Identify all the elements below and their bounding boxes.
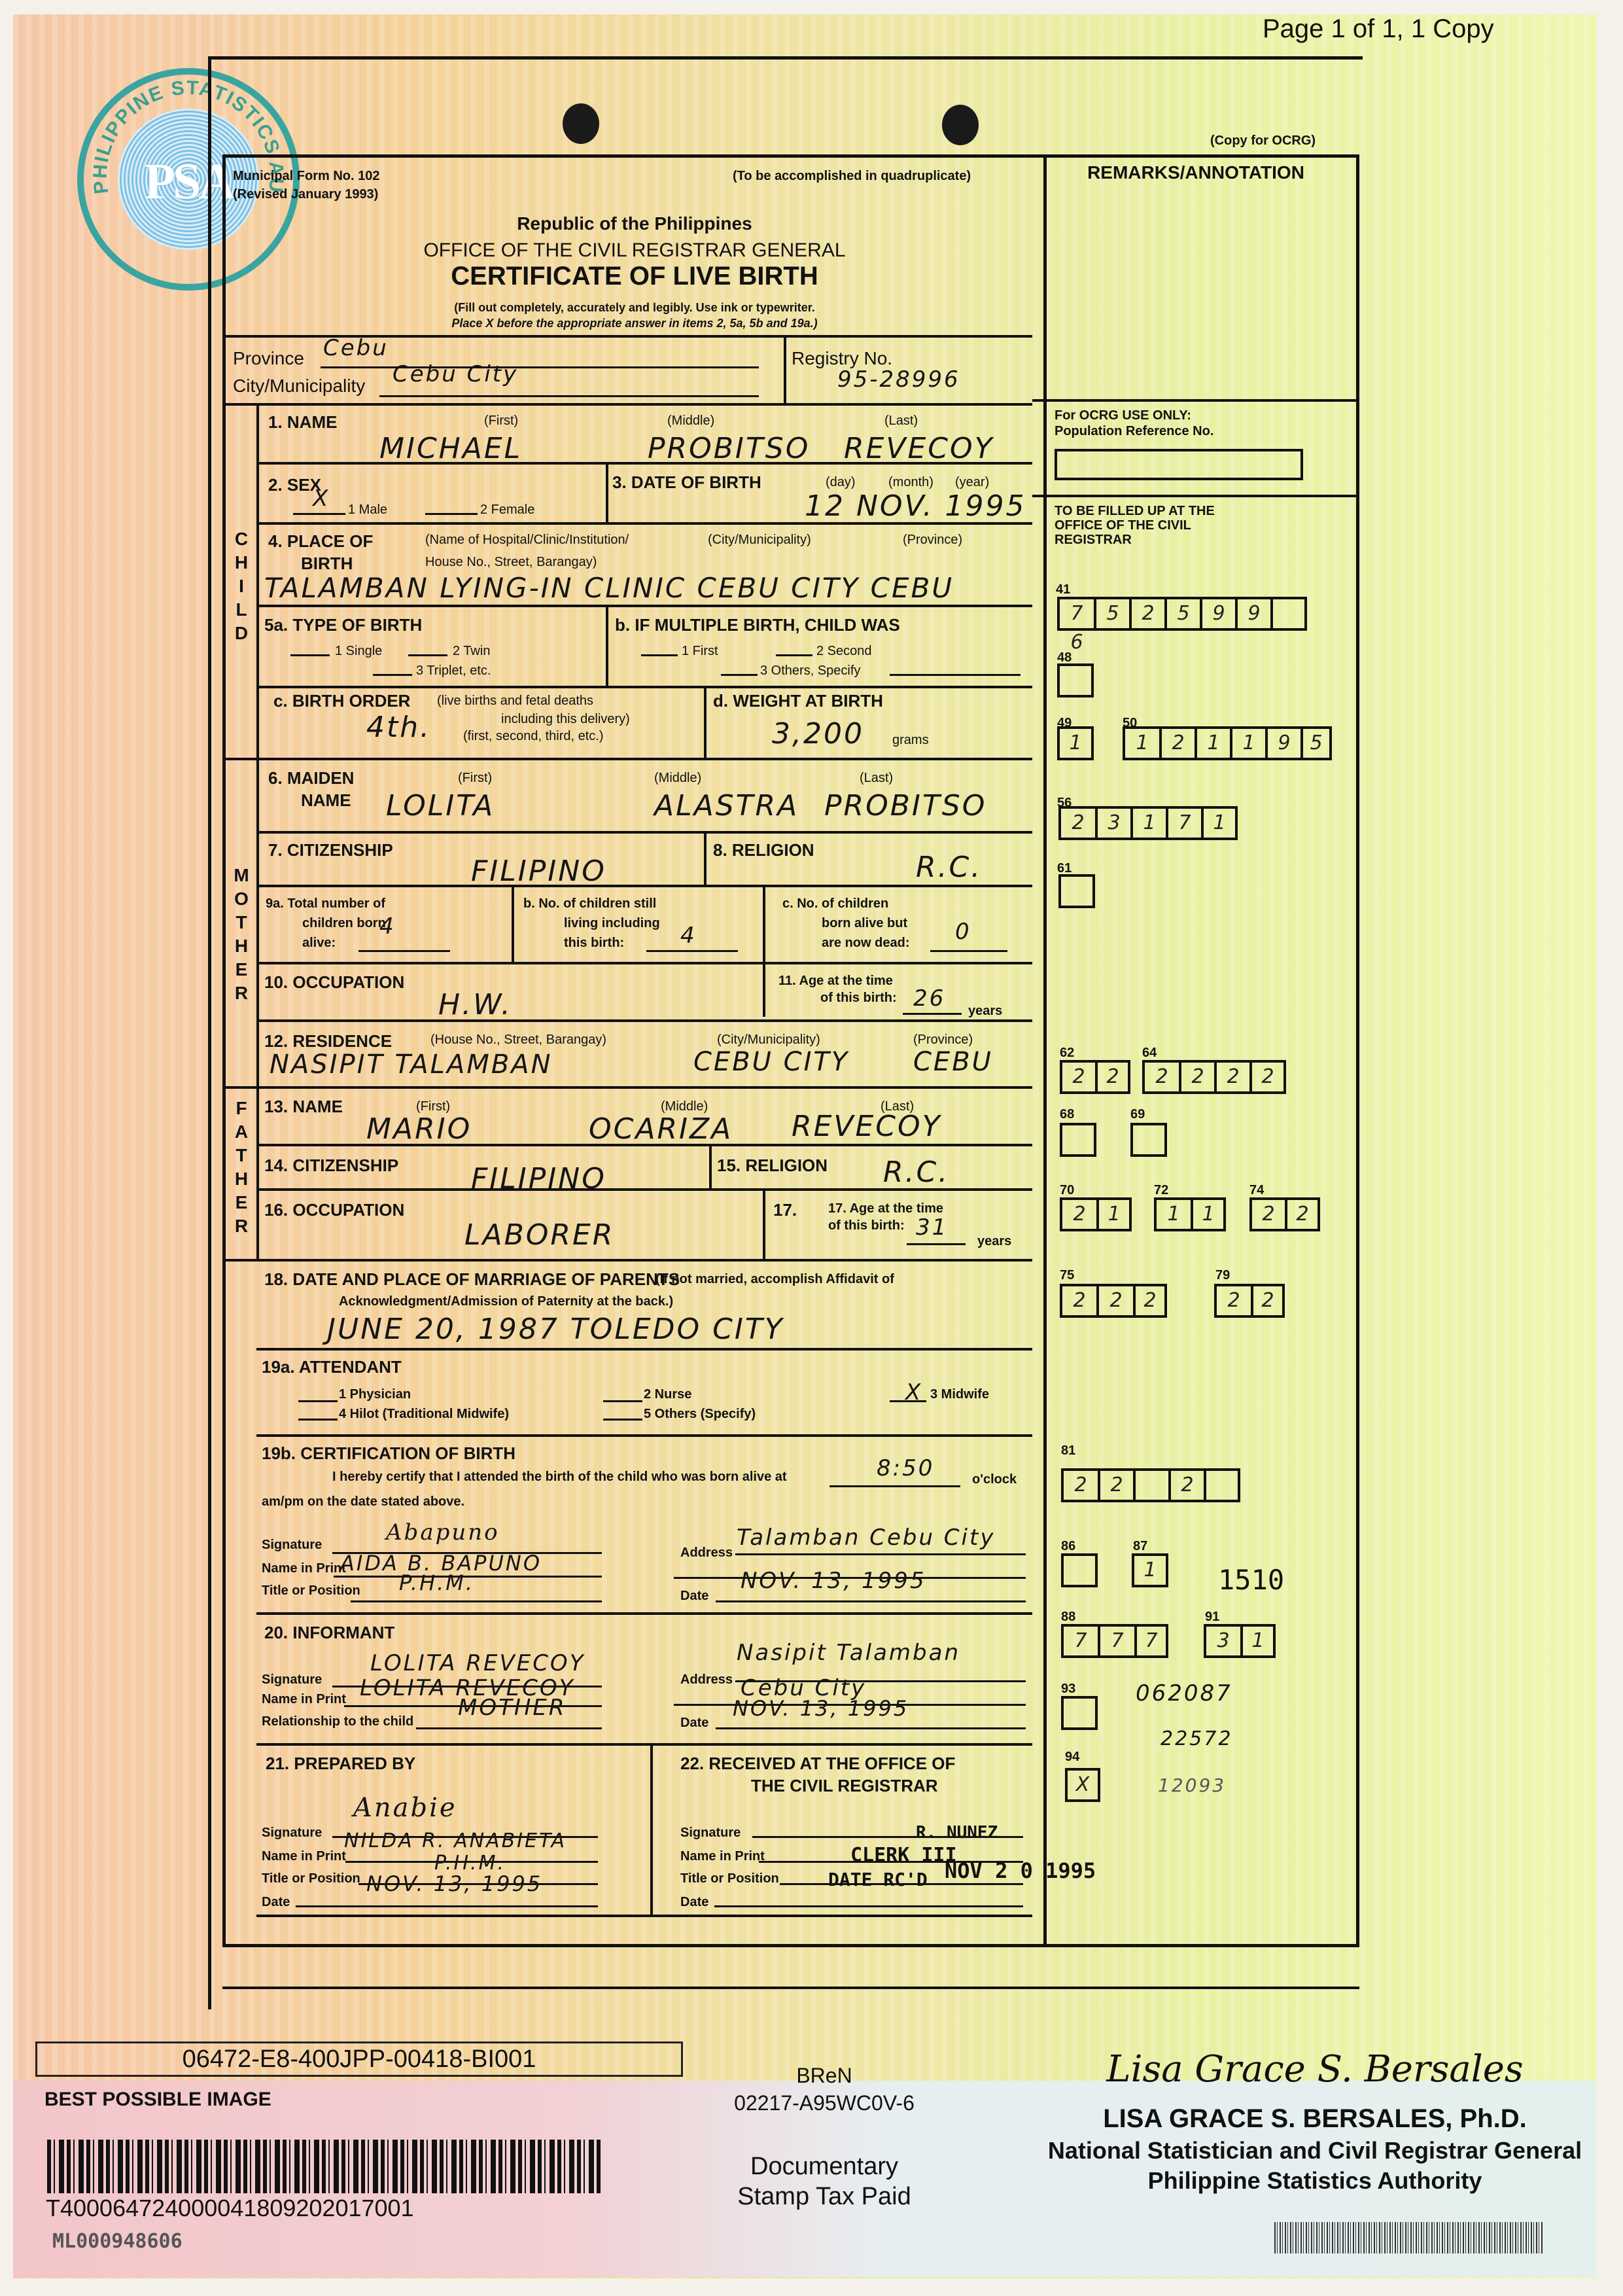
population-ref-input[interactable] bbox=[1055, 449, 1303, 480]
registry-number: 95-28996 bbox=[837, 366, 960, 393]
name-in-print-label: Name in Print bbox=[262, 1692, 346, 1707]
page-info: Page 1 of 1, 1 Copy bbox=[1263, 14, 1494, 44]
mother-section-label: MOTHER bbox=[232, 864, 251, 1005]
birth-order-label: c. BIRTH ORDER bbox=[273, 691, 410, 711]
certification-label: 19b. CERTIFICATION OF BIRTH bbox=[262, 1443, 515, 1464]
city-value: Cebu City bbox=[393, 361, 518, 387]
name-in-print-label: Name in Print bbox=[262, 1849, 346, 1864]
marriage-note-2: Acknowledgment/Admission of Paternity at… bbox=[339, 1294, 673, 1309]
type-single: 1 Single bbox=[335, 644, 382, 659]
registrar-name: LISA GRACE S. BERSALES, Ph.D. bbox=[1021, 2104, 1609, 2134]
dead-children-value: 0 bbox=[955, 919, 971, 945]
attendant-signature: Abapuno bbox=[386, 1519, 500, 1545]
typed-reference-number: 1510 bbox=[1218, 1564, 1284, 1596]
mother-religion-label: 8. RELIGION bbox=[713, 840, 814, 860]
code-61-box[interactable] bbox=[1058, 874, 1095, 908]
signature-label: Signature bbox=[262, 1672, 322, 1687]
father-first-name: MARIO bbox=[366, 1112, 472, 1146]
dead-children-label-2: born alive but bbox=[822, 916, 907, 931]
weight-value: 3,200 bbox=[772, 717, 864, 751]
bren-number: 02217-A95WC0V-6 bbox=[707, 2091, 942, 2115]
registrar-signature: Lisa Grace S. Bersales bbox=[1021, 2048, 1609, 2091]
code-56-boxes[interactable]: 23171 bbox=[1058, 806, 1238, 840]
prepared-by-label: 21. PREPARED BY bbox=[266, 1754, 415, 1774]
informant-address-1: Nasipit Talamban bbox=[737, 1640, 960, 1666]
code-41-label: 41 bbox=[1056, 582, 1070, 597]
code-86-label: 86 bbox=[1061, 1539, 1075, 1554]
code-91-boxes[interactable]: 31 bbox=[1204, 1624, 1276, 1658]
pob-sub-2: House No., Street, Barangay) bbox=[425, 555, 597, 570]
father-last-name: REVECOY bbox=[792, 1110, 942, 1143]
marriage-value: JUNE 20, 1987 TOLEDO CITY bbox=[327, 1313, 784, 1346]
multiple-birth-label: b. IF MULTIPLE BIRTH, CHILD WAS bbox=[615, 615, 900, 635]
date-label: Date bbox=[680, 1589, 708, 1604]
remarks-panel bbox=[1032, 154, 1359, 1947]
fill-up-label-2: OFFICE OF THE CIVIL bbox=[1055, 518, 1191, 533]
father-age-number: 17. bbox=[773, 1200, 797, 1220]
small-barcode-icon bbox=[1274, 2222, 1543, 2253]
form-number: Municipal Form No. 102 bbox=[233, 169, 379, 184]
mother-age-value: 26 bbox=[913, 985, 945, 1012]
code-62-label: 62 bbox=[1060, 1046, 1074, 1061]
birth-time-value: 8:50 bbox=[877, 1455, 934, 1481]
certification-text: I hereby certify that I attended the bir… bbox=[332, 1470, 787, 1485]
marriage-label: 18. DATE AND PLACE OF MARRIAGE OF PARENT… bbox=[264, 1269, 680, 1290]
mother-first-name: LOLITA bbox=[386, 789, 495, 822]
code-72-label: 72 bbox=[1154, 1183, 1168, 1198]
residence-city-value: CEBU CITY bbox=[693, 1047, 849, 1077]
code-86-box[interactable] bbox=[1061, 1553, 1098, 1587]
living-children-label: b. No. of children still bbox=[523, 896, 656, 911]
mother-last-name: PROBITSO bbox=[824, 789, 986, 822]
code-91-label: 91 bbox=[1205, 1610, 1219, 1625]
code-69-label: 69 bbox=[1130, 1107, 1145, 1122]
mother-religion-value: R.C. bbox=[916, 851, 982, 884]
instructions-line-2: Place X before the appropriate answer in… bbox=[222, 317, 1047, 330]
code-87-box[interactable]: 1 bbox=[1132, 1553, 1168, 1587]
middle-label: (Middle) bbox=[654, 771, 701, 786]
code-72-boxes[interactable]: 11 bbox=[1154, 1197, 1226, 1231]
registrar-org: Philippine Statistics Authority bbox=[1021, 2167, 1609, 2195]
name-in-print-label: Name in Print bbox=[680, 1849, 765, 1864]
copy-for-label: (Copy for OCRG) bbox=[1210, 133, 1316, 149]
bren-label: BReN bbox=[707, 2064, 942, 2088]
sex-female-option: 2 Female bbox=[480, 503, 534, 518]
mother-age-label-2: of this birth: bbox=[820, 991, 897, 1006]
stamp-tax-label-2: Stamp Tax Paid bbox=[707, 2183, 942, 2211]
father-occupation-label: 16. OCCUPATION bbox=[264, 1200, 404, 1220]
mother-middle-name: ALASTRA bbox=[654, 789, 799, 822]
attendant-nurse: 2 Nurse bbox=[644, 1387, 691, 1402]
code-74-boxes[interactable]: 22 bbox=[1249, 1197, 1320, 1231]
dob-value: 12 NOV. 1995 bbox=[805, 489, 1026, 523]
date-label: Date bbox=[262, 1895, 290, 1910]
residence-province-label: (Province) bbox=[913, 1033, 973, 1048]
mother-occupation-value: H.W. bbox=[438, 988, 512, 1021]
stamp-tax-label: Documentary bbox=[707, 2153, 942, 2181]
date-label: Date bbox=[680, 1716, 708, 1731]
code-75-label: 75 bbox=[1060, 1268, 1074, 1283]
residence-sub: (House No., Street, Barangay) bbox=[430, 1033, 606, 1048]
code-79-boxes[interactable]: 22 bbox=[1214, 1284, 1285, 1318]
fill-up-label-3: REGISTRAR bbox=[1055, 533, 1132, 548]
republic-heading: Republic of the Philippines bbox=[222, 213, 1047, 234]
code-64-boxes[interactable]: 2222 bbox=[1142, 1060, 1286, 1094]
code-49-box[interactable]: 1 bbox=[1057, 726, 1094, 760]
code-62-boxes[interactable]: 22 bbox=[1060, 1060, 1130, 1094]
province-value: Cebu bbox=[323, 335, 389, 361]
father-age-unit: years bbox=[977, 1234, 1011, 1249]
residence-street-value: NASIPIT TALAMBAN bbox=[270, 1050, 553, 1080]
handwritten-note-3: 12093 bbox=[1158, 1775, 1226, 1796]
last-label: (Last) bbox=[884, 414, 918, 429]
reference-number: 06472-E8-400JPP-00418-BI001 bbox=[35, 2041, 683, 2077]
code-70-boxes[interactable]: 21 bbox=[1060, 1197, 1132, 1231]
population-ref-label: Population Reference No. bbox=[1055, 424, 1213, 439]
total-children-label-2: children born bbox=[302, 916, 386, 931]
father-occupation-value: LABORER bbox=[464, 1218, 614, 1252]
pob-label-2: BIRTH bbox=[301, 554, 353, 574]
order-sub-2: including this delivery) bbox=[501, 712, 630, 727]
dob-day-label: (day) bbox=[826, 475, 856, 490]
code-81-label: 81 bbox=[1061, 1443, 1075, 1458]
code-64-label: 64 bbox=[1142, 1046, 1157, 1061]
living-children-label-3: this birth: bbox=[564, 936, 624, 951]
residence-label: 12. RESIDENCE bbox=[264, 1031, 392, 1051]
multiple-first: 1 First bbox=[682, 644, 718, 659]
code-69-box[interactable] bbox=[1130, 1123, 1167, 1157]
title-label: Title or Position bbox=[262, 1583, 360, 1598]
pob-value: TALAMBAN LYING-IN CLINIC CEBU CITY CEBU bbox=[264, 572, 954, 604]
code-87-label: 87 bbox=[1133, 1539, 1147, 1554]
preparer-date: NOV. 13, 1995 bbox=[366, 1871, 542, 1896]
code-88-label: 88 bbox=[1061, 1610, 1075, 1625]
order-sub-1: (live births and fetal deaths bbox=[437, 694, 593, 709]
province-label: Province bbox=[233, 348, 304, 369]
address-label: Address bbox=[680, 1545, 733, 1561]
dob-label: 3. DATE OF BIRTH bbox=[612, 472, 761, 493]
instructions-line-1: (Fill out completely, accurately and leg… bbox=[222, 301, 1047, 315]
father-age-value: 31 bbox=[916, 1214, 948, 1241]
informant-label: 20. INFORMANT bbox=[264, 1623, 394, 1643]
father-religion-value: R.C. bbox=[883, 1156, 949, 1189]
attendant-date: NOV. 13, 1995 bbox=[741, 1568, 926, 1594]
signature-label: Signature bbox=[262, 1826, 322, 1841]
mother-occupation-label: 10. OCCUPATION bbox=[264, 972, 404, 993]
weight-label: d. WEIGHT AT BIRTH bbox=[713, 691, 883, 711]
code-50-boxes[interactable]: 121195 bbox=[1123, 726, 1332, 760]
handwritten-note-1: 062087 bbox=[1136, 1680, 1232, 1706]
code-41-boxes[interactable]: 7525996 bbox=[1057, 597, 1307, 631]
birth-type-label: 5a. TYPE OF BIRTH bbox=[264, 615, 422, 635]
father-name-label: 13. NAME bbox=[264, 1097, 343, 1117]
dead-children-label: c. No. of children bbox=[782, 896, 888, 911]
signature-label: Signature bbox=[262, 1538, 322, 1553]
order-sub-3: (first, second, third, etc.) bbox=[463, 729, 604, 744]
dob-year-label: (year) bbox=[955, 475, 989, 490]
ampm-text: am/pm on the date stated above. bbox=[262, 1494, 464, 1510]
sex-male-option: 1 Male bbox=[348, 503, 387, 518]
code-68-label: 68 bbox=[1060, 1107, 1074, 1122]
type-triplet: 3 Triplet, etc. bbox=[416, 663, 491, 679]
child-first-name: MICHAEL bbox=[379, 432, 522, 465]
total-children-label-3: alive: bbox=[302, 936, 336, 951]
title-label: Title or Position bbox=[680, 1871, 779, 1886]
received-label: 22. RECEIVED AT THE OFFICE OF bbox=[680, 1754, 955, 1774]
code-88-boxes[interactable]: 777 bbox=[1061, 1624, 1168, 1658]
informant-date: NOV. 13, 1995 bbox=[733, 1696, 909, 1721]
city-label: City/Municipality bbox=[233, 376, 365, 397]
residence-city-label: (City/Municipality) bbox=[717, 1033, 820, 1048]
best-image-label: BEST POSSIBLE IMAGE bbox=[44, 2089, 271, 2111]
total-children-value: 4 bbox=[379, 913, 396, 940]
code-81-boxes[interactable]: 222 bbox=[1061, 1468, 1240, 1502]
address-label: Address bbox=[680, 1672, 733, 1687]
child-section-label: CHILD bbox=[232, 527, 251, 645]
attendant-hilot: 4 Hilot (Traditional Midwife) bbox=[339, 1407, 509, 1422]
mother-age-unit: years bbox=[968, 1004, 1002, 1019]
preparer-name: NILDA R. ANABIETA bbox=[344, 1829, 567, 1852]
code-70-label: 70 bbox=[1060, 1183, 1074, 1198]
child-last-name: REVECOY bbox=[844, 432, 994, 465]
form-revision: (Revised January 1993) bbox=[233, 187, 378, 202]
residence-province-value: CEBU bbox=[913, 1047, 993, 1077]
pob-province-label: (Province) bbox=[903, 533, 962, 548]
type-twin: 2 Twin bbox=[453, 644, 490, 659]
code-79-label: 79 bbox=[1215, 1268, 1230, 1283]
ocrg-use-label: For OCRG USE ONLY: bbox=[1055, 408, 1191, 423]
office-heading: OFFICE OF THE CIVIL REGISTRAR GENERAL bbox=[222, 239, 1047, 262]
code-93-label: 93 bbox=[1061, 1682, 1075, 1697]
father-section-label: FATHER bbox=[232, 1097, 251, 1238]
weight-unit: grams bbox=[892, 733, 929, 748]
middle-label: (Middle) bbox=[667, 414, 714, 429]
mother-citizenship-value: FILIPINO bbox=[471, 855, 606, 888]
clerk-stamp: CLERK III bbox=[850, 1844, 957, 1867]
father-religion-label: 15. RELIGION bbox=[717, 1156, 828, 1176]
father-age-label-2: of this birth: bbox=[828, 1218, 905, 1233]
code-94-label: 94 bbox=[1065, 1750, 1079, 1765]
attendant-address: Talamban Cebu City bbox=[737, 1525, 995, 1551]
certificate-title: CERTIFICATE OF LIVE BIRTH bbox=[222, 262, 1047, 291]
code-48-box[interactable] bbox=[1057, 663, 1094, 698]
attendant-midwife-mark: X bbox=[905, 1379, 922, 1405]
father-citizenship-label: 14. CITIZENSHIP bbox=[264, 1156, 398, 1176]
total-children-label: 9a. Total number of bbox=[266, 896, 385, 911]
pob-city-label: (City/Municipality) bbox=[708, 533, 811, 548]
attendant-label: 19a. ATTENDANT bbox=[262, 1357, 402, 1377]
code-93-box[interactable] bbox=[1061, 1696, 1098, 1730]
title-label: Title or Position bbox=[262, 1871, 360, 1886]
received-date-stamp: NOV 2 0 1995 bbox=[945, 1858, 1096, 1883]
fill-up-label: TO BE FILLED UP AT THE bbox=[1055, 504, 1215, 519]
living-children-value: 4 bbox=[680, 923, 697, 949]
pob-sub-1: (Name of Hospital/Clinic/Institution/ bbox=[425, 533, 629, 548]
father-middle-name: OCARIZA bbox=[589, 1112, 733, 1146]
sex-male-mark: X bbox=[313, 486, 330, 512]
maiden-name-label: 6. MAIDEN bbox=[268, 768, 354, 788]
mother-age-label: 11. Age at the time bbox=[778, 974, 893, 989]
date-received-stamp: DATE RC'D bbox=[828, 1869, 928, 1890]
first-label: (First) bbox=[484, 414, 518, 429]
name-in-print-label: Name in Print bbox=[262, 1561, 346, 1576]
received-label-2: THE CIVIL REGISTRAR bbox=[751, 1776, 938, 1796]
relationship-label: Relationship to the child bbox=[262, 1714, 413, 1729]
received-signature-stamp: R. NUNEZ bbox=[916, 1823, 998, 1843]
remarks-title: REMARKS/ANNOTATION bbox=[1032, 162, 1359, 183]
dob-month-label: (month) bbox=[888, 475, 934, 490]
living-children-label-2: living including bbox=[564, 916, 660, 931]
attendant-midwife: 3 Midwife bbox=[930, 1387, 989, 1402]
attendant-others: 5 Others (Specify) bbox=[644, 1407, 756, 1422]
marriage-note-1: (If not married, accomplish Affidavit of bbox=[655, 1272, 894, 1287]
first-label: (First) bbox=[458, 771, 492, 786]
date-label: Date bbox=[680, 1895, 708, 1910]
birth-order-value: 4th. bbox=[366, 711, 431, 744]
code-68-box[interactable] bbox=[1060, 1123, 1096, 1157]
informant-relationship: MOTHER bbox=[458, 1695, 567, 1721]
barcode-icon bbox=[47, 2140, 603, 2193]
child-name-label: 1. NAME bbox=[268, 412, 337, 433]
attendant-physician: 1 Physician bbox=[339, 1387, 411, 1402]
attendant-title: P.H.M. bbox=[399, 1570, 474, 1595]
last-label: (Last) bbox=[860, 771, 893, 786]
code-75-boxes[interactable]: 222 bbox=[1060, 1284, 1167, 1318]
mother-citizenship-label: 7. CITIZENSHIP bbox=[268, 840, 393, 860]
handwritten-note-2: 22572 bbox=[1161, 1727, 1232, 1750]
child-middle-name: PROBITSO bbox=[648, 432, 810, 465]
control-number: ML000948606 bbox=[52, 2230, 183, 2253]
registrar-title: National Statistician and Civil Registra… bbox=[1021, 2137, 1609, 2164]
code-74-label: 74 bbox=[1249, 1183, 1264, 1198]
informant-signature: LOLITA REVECOY bbox=[370, 1650, 585, 1676]
signature-label: Signature bbox=[680, 1826, 741, 1841]
dead-children-label-3: are now dead: bbox=[822, 936, 909, 951]
multiple-others: 3 Others, Specify bbox=[760, 663, 860, 679]
multiple-second: 2 Second bbox=[816, 644, 872, 659]
maiden-name-label-2: NAME bbox=[301, 790, 351, 811]
oclock-label: o'clock bbox=[972, 1472, 1017, 1487]
code-94-box[interactable]: X bbox=[1065, 1768, 1100, 1802]
barcode-number: T400064724000041809202017001 bbox=[46, 2195, 414, 2222]
preparer-signature: Anabie bbox=[353, 1793, 457, 1823]
pob-label: 4. PLACE OF bbox=[268, 531, 373, 552]
accomplish-note: (To be accomplished in quadruplicate) bbox=[733, 169, 971, 184]
